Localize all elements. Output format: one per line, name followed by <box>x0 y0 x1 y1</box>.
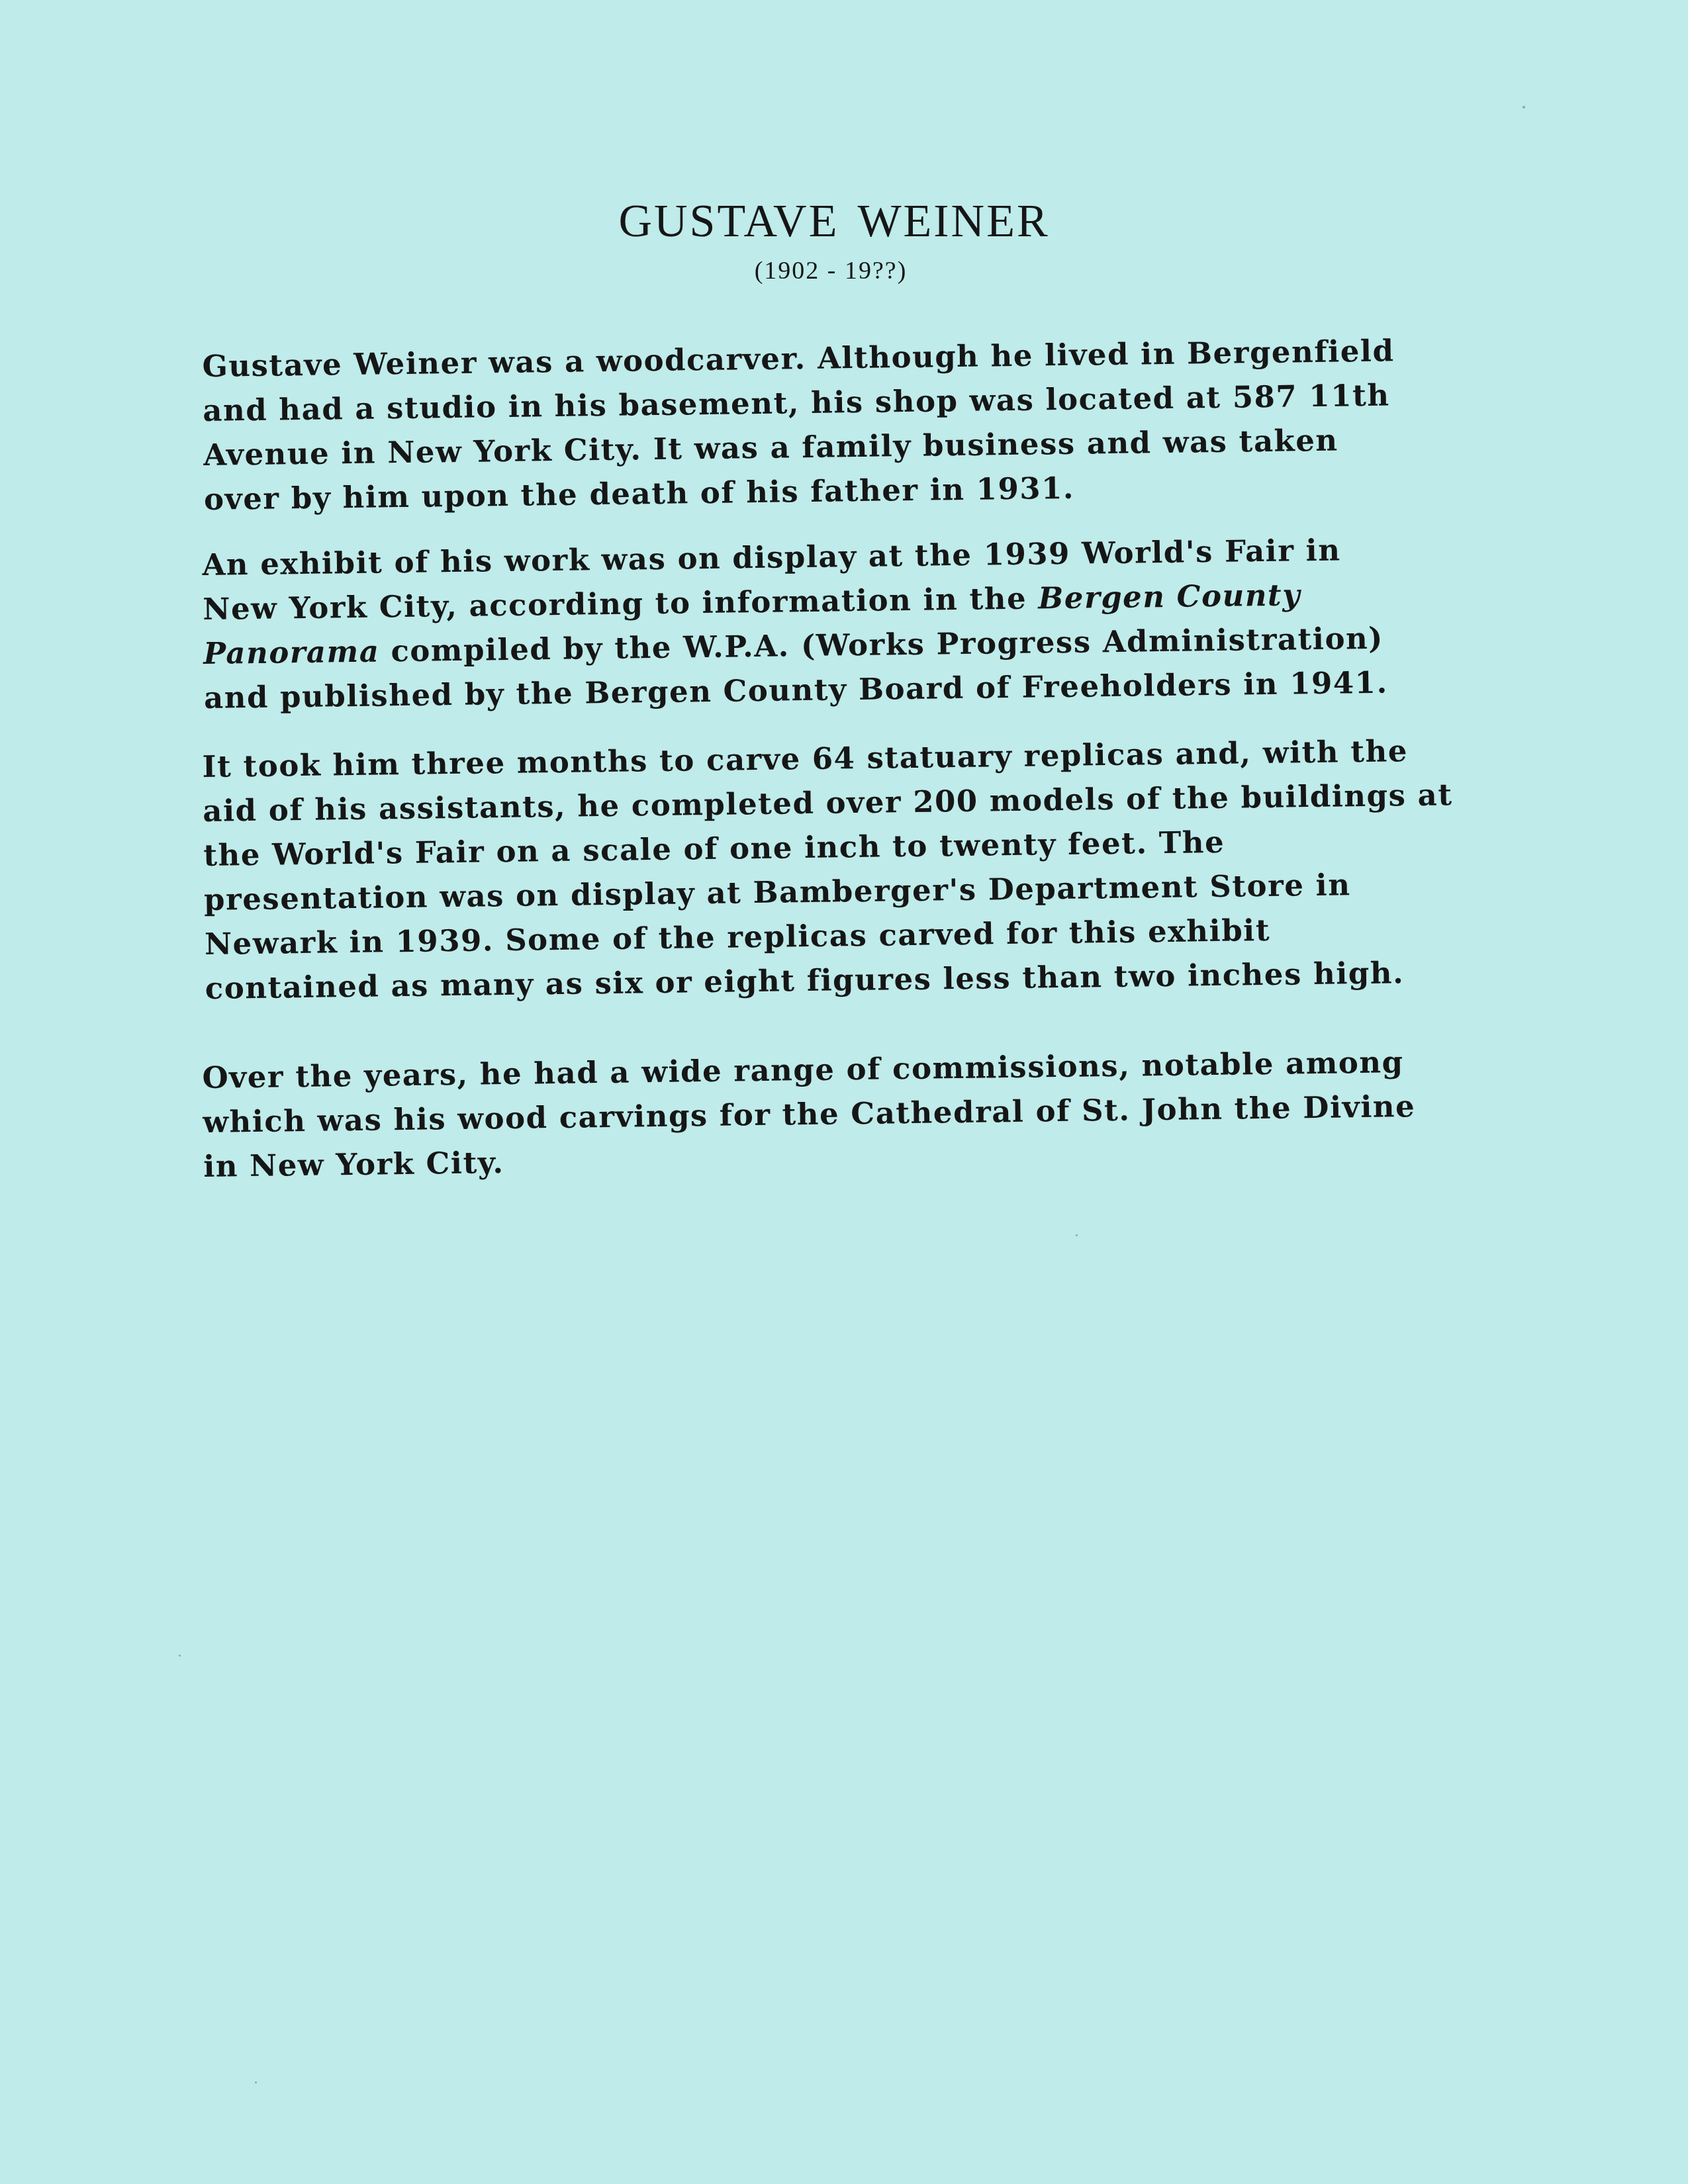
title-last-name: WEINER <box>857 196 1049 247</box>
book-title-italic: Panorama <box>203 634 380 671</box>
paragraph-intro: Gustave Weiner was a woodcarver. Althoug… <box>202 328 1396 522</box>
text-segment: New York City, according to information … <box>203 580 1039 627</box>
paragraph-replicas: It took him three months to carve 64 sta… <box>202 728 1455 1011</box>
document-page: GUSTAVEWEINER (1902 - 19??) Gustave Wein… <box>0 0 1688 2184</box>
document-title: GUSTAVEWEINER <box>0 199 1678 245</box>
paragraph-commissions: Over the years, he had a wide range of c… <box>202 1040 1416 1189</box>
title-first-name: GUSTAVE <box>618 196 839 247</box>
text-segment: compiled by the W.P.A. (Works Progress A… <box>379 621 1383 669</box>
paper-speck <box>1076 1234 1078 1236</box>
paper-speck <box>255 2081 257 2083</box>
book-title-italic: Bergen County <box>1038 577 1301 615</box>
life-dates: (1902 - 19??) <box>0 258 1675 283</box>
paper-speck <box>179 1655 181 1657</box>
paper-speck <box>1523 106 1525 109</box>
paragraph-worlds-fair-exhibit: An exhibit of his work was on display at… <box>202 527 1388 720</box>
